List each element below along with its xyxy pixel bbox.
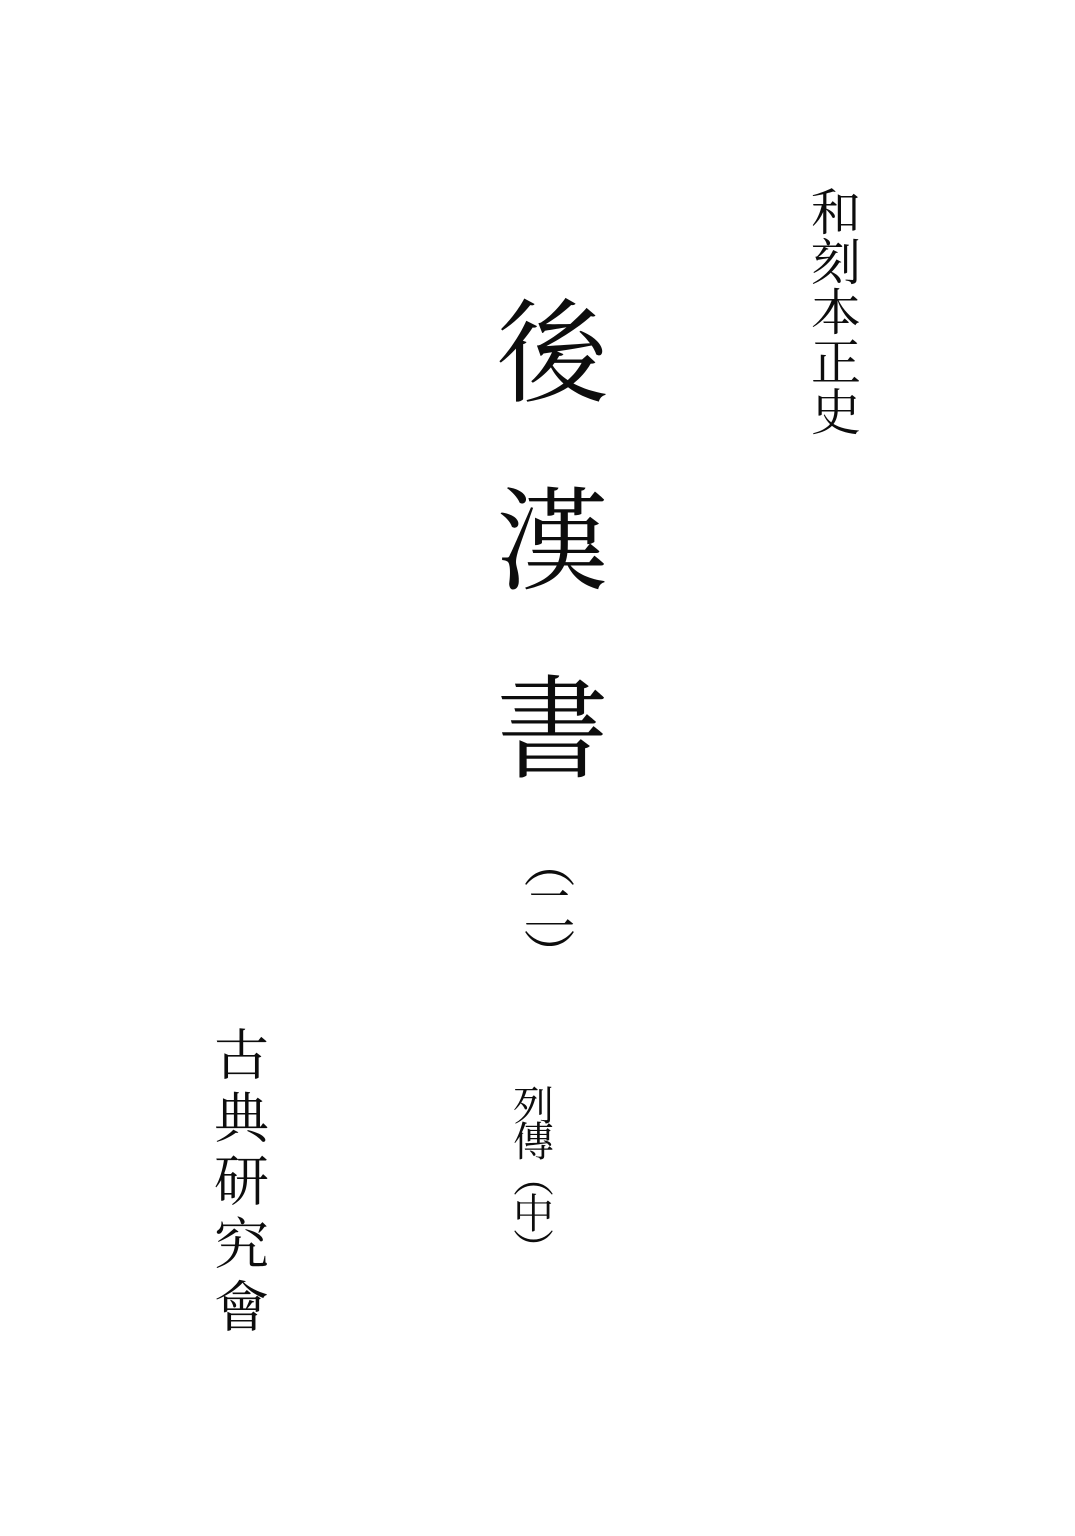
book-title-page: 和刻本正史 後漢書 （二） 列傳（中） 古典研究會: [0, 0, 1075, 1536]
volume-number: （二）: [517, 836, 569, 974]
series-label: 和刻本正史: [807, 186, 857, 436]
publisher-name: 古典研究會: [209, 1026, 264, 1341]
main-title: 後漢書: [486, 294, 598, 858]
part-label: 列傳（中）: [509, 1084, 550, 1264]
